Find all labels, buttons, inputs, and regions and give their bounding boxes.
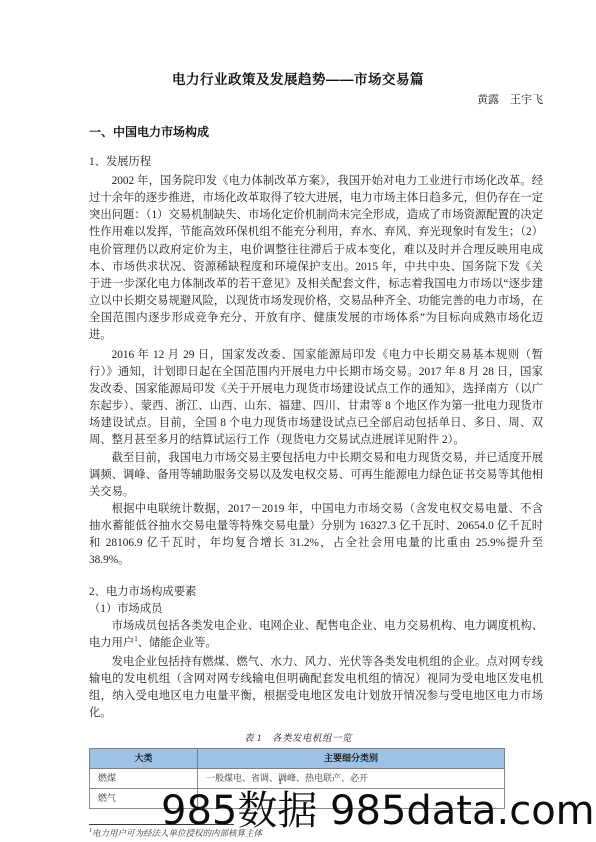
- page-number: 1: [0, 777, 560, 787]
- page-content: 电力行业政策及发展趋势——市场交易篇 黄露 王宇飞 一、中国电力市场构成 1、发…: [89, 0, 543, 839]
- paragraph-market-members: 市场成员包括各类发电企业、电网企业、配售电企业、电力交易机构、电力调度机构、电力…: [89, 618, 543, 652]
- table-header-row: 大类 主要细分类别: [90, 748, 505, 768]
- paragraph-history-4: 根据中电联统计数据，2017－2019 年，中国电力市场交易（含发电权交易电量、…: [89, 501, 543, 570]
- paragraph-history-3: 截至目前，我国电力市场交易主要包括电力中长期交易和电力现货交易，并已适度开展调频…: [89, 450, 543, 501]
- table-caption: 表 1 各类发电机组一览: [71, 733, 525, 745]
- subsection-heading-elements: 2、电力市场构成要素: [89, 584, 543, 600]
- paragraph-generation-companies: 发电企业包括持有燃煤、燃气、水力、风力、光伏等各类发电机组的企业。点对网专线输电…: [89, 654, 543, 723]
- section-heading-market-composition: 一、中国电力市场构成: [89, 125, 543, 140]
- paragraph-history-2: 2016 年 12 月 29 日，国家发改委、国家能源局印发《电力中长期交易基本…: [89, 347, 543, 450]
- table-header-subcategory: 主要细分类别: [198, 748, 505, 768]
- table-header-category: 大类: [90, 748, 198, 768]
- document-page: 电力行业政策及发展趋势——市场交易篇 黄露 王宇飞 一、中国电力市场构成 1、发…: [0, 0, 596, 842]
- paragraph-market-members-tail: 、储能企业等。: [138, 637, 217, 649]
- subsection-heading-history: 1、发展历程: [89, 155, 543, 170]
- document-title: 电力行业政策及发展趋势——市场交易篇: [71, 0, 525, 89]
- item-heading-market-members: （1）市场成员: [89, 601, 543, 617]
- paragraph-history-1: 2002 年，国务院印发《电力体制改革方案》，我国开始对电力工业进行市场化改革。…: [89, 173, 543, 345]
- watermark-text: 985数据 985data.com: [161, 788, 595, 834]
- authors-line: 黄露 王宇飞: [89, 93, 543, 108]
